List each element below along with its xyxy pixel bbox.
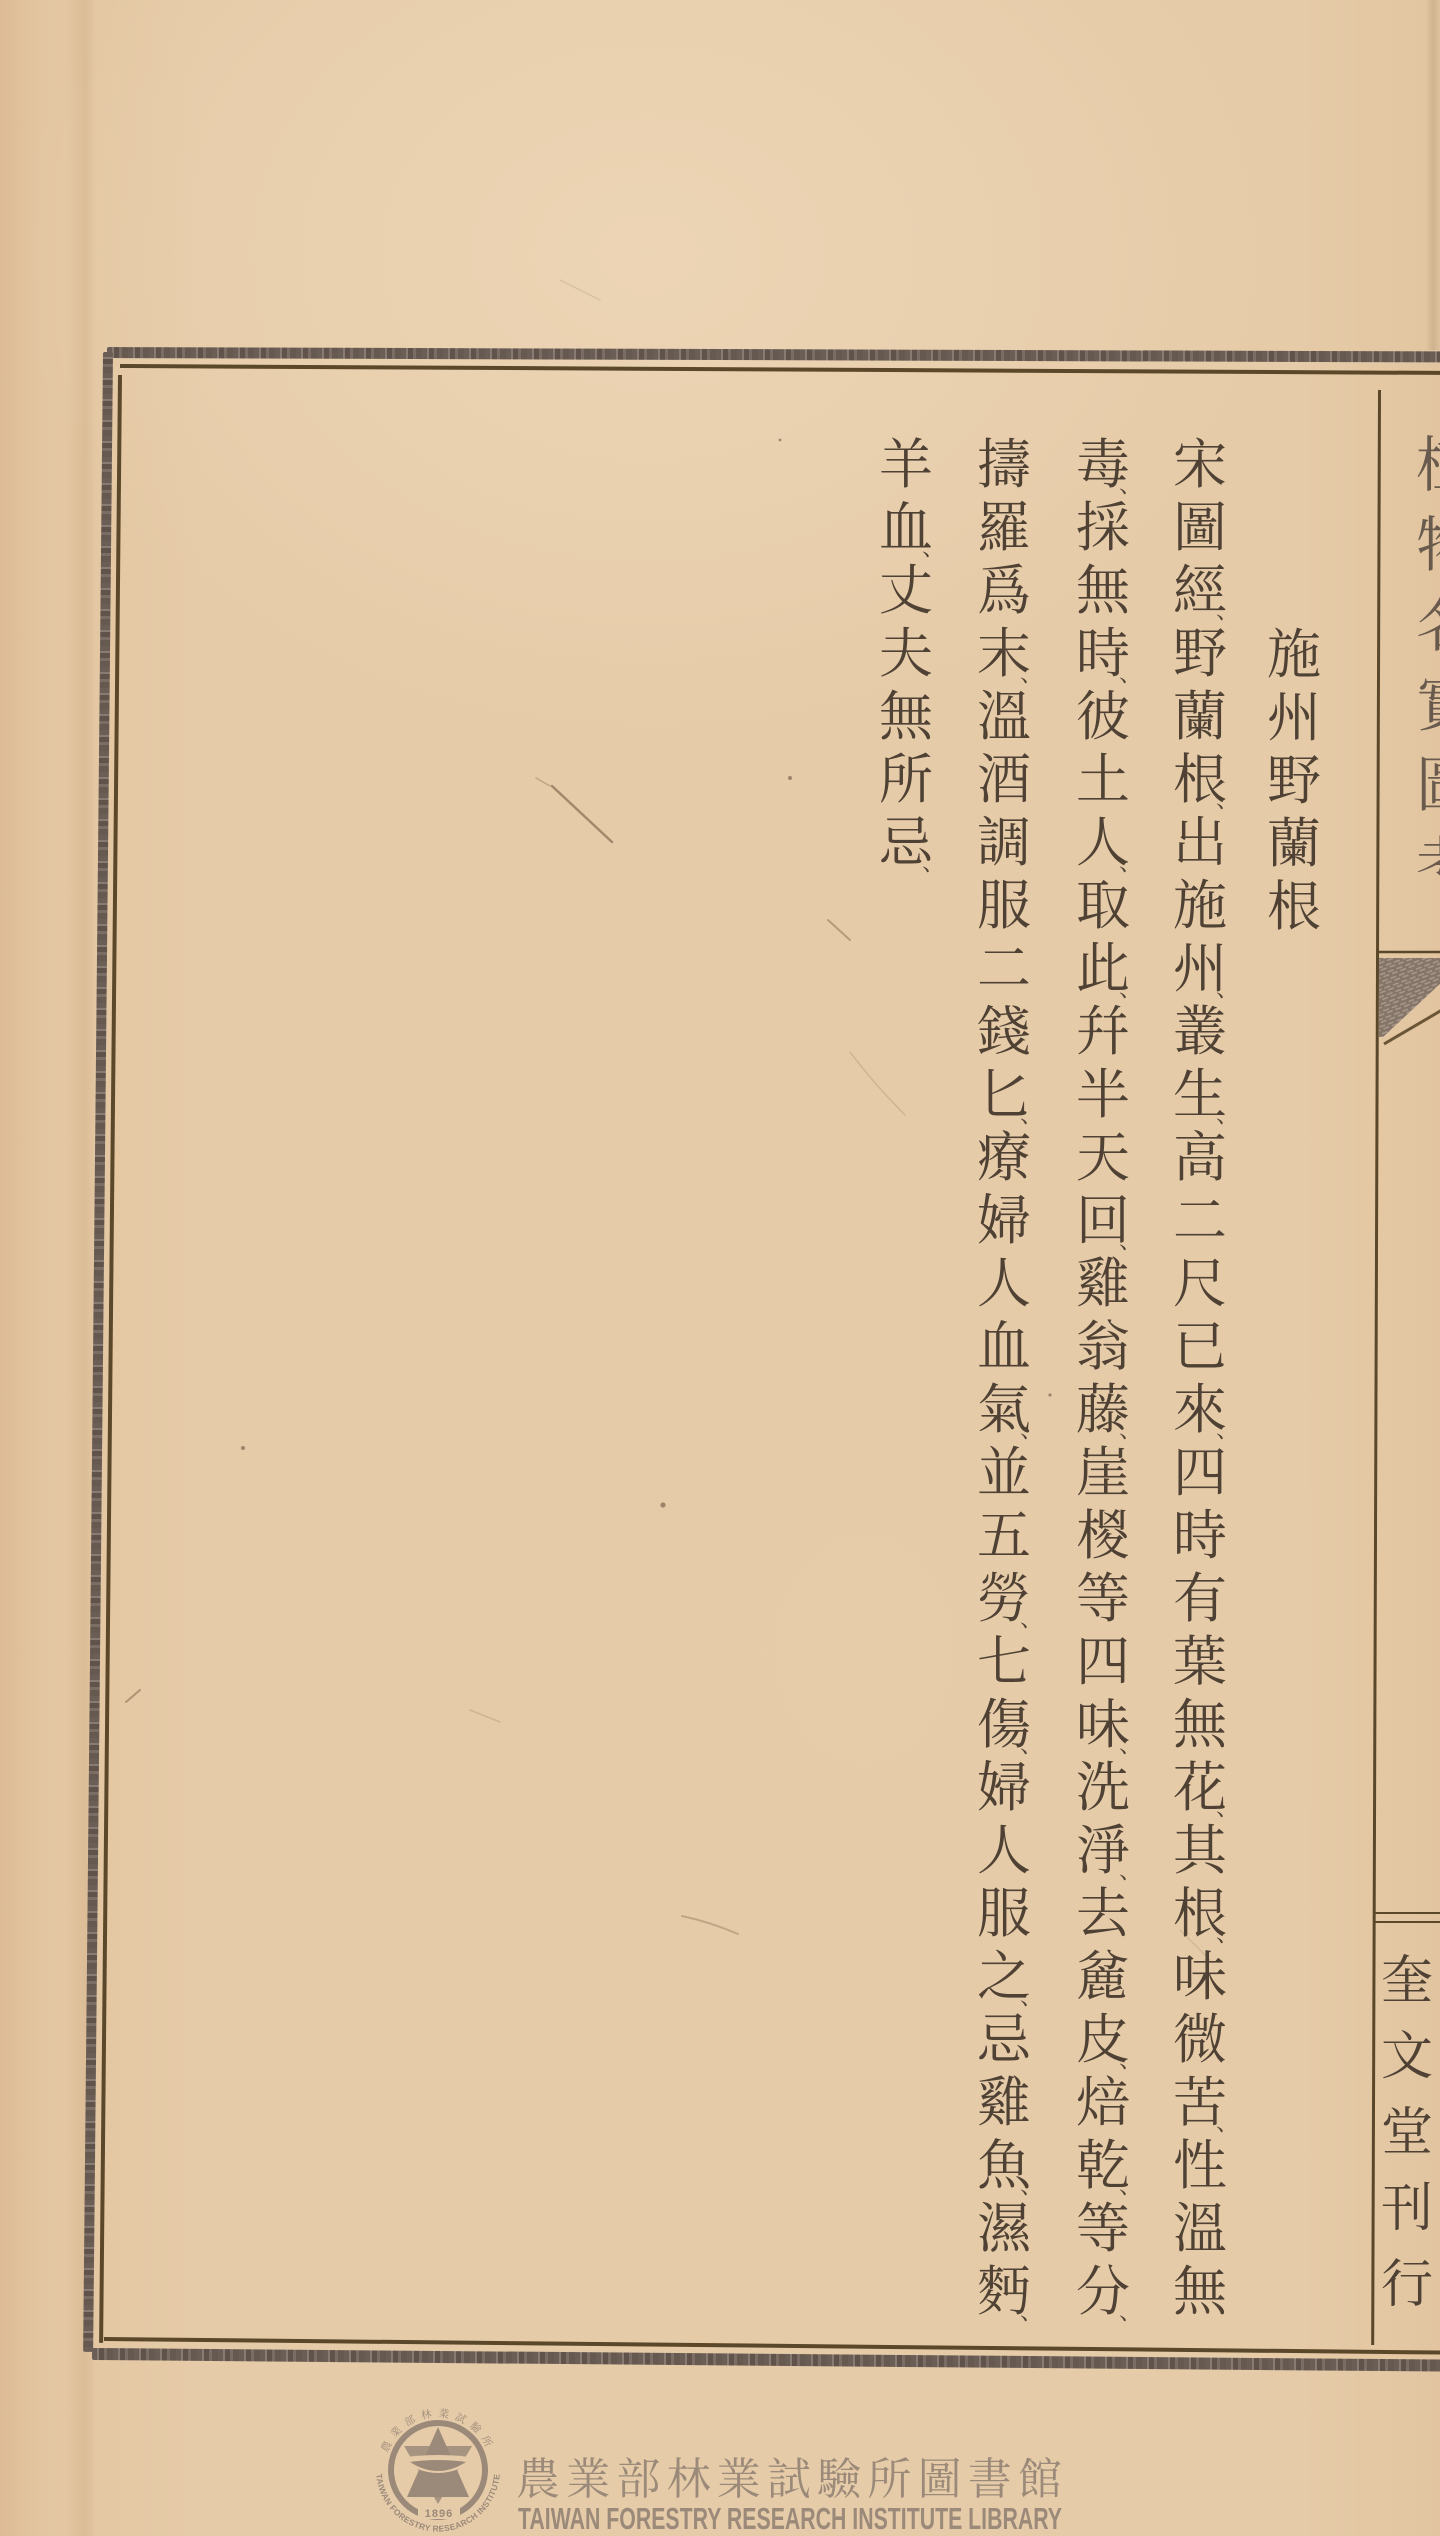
library-logo-emblem: 1896 農業部林業試驗所 TAIWAN FORESTRY RESEARCH I… xyxy=(374,2406,502,2533)
scanned-book-page: 植物名實圖考 奎文堂刊行 施州野蘭根 宋圖經、野蘭根、出施州、叢生、高二尺已來、… xyxy=(0,0,1440,2536)
watermark-library-name-en: TAIWAN FORESTRY RESEARCH INSTITUTE LIBRA… xyxy=(518,2501,1062,2536)
library-watermark: 1896 農業部林業試驗所 TAIWAN FORESTRY RESEARCH I… xyxy=(0,0,1440,2536)
watermark-library-name-zh: 農業部林業試驗所圖書館 xyxy=(516,2454,1062,2505)
logo-year: 1896 xyxy=(425,2508,453,2520)
